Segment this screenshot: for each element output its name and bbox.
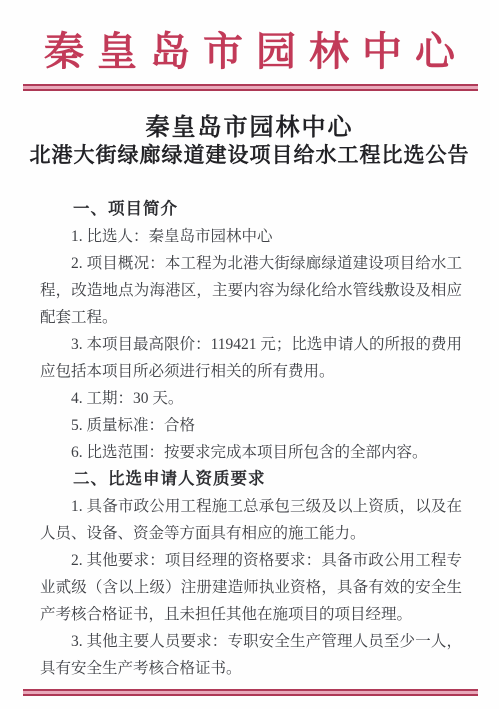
letterhead-divider-rule <box>23 84 478 91</box>
section-2-heading: 二、比选申请人资质要求 <box>40 466 462 493</box>
para-bidder: 1. 比选人：秦皇岛市园林中心 <box>40 223 462 250</box>
document-title-project: 北港大街绿廊绿道建设项目给水工程比选公告 <box>0 139 499 169</box>
letterhead-org-name: 秦皇岛市园林中心 <box>0 26 499 78</box>
section-1-heading: 一、项目简介 <box>40 196 462 223</box>
footer-divider-rule <box>23 689 478 696</box>
para-price-cap: 3. 本项目最高限价：119421 元；比选申请人的所报的费用应包括本项目所必须… <box>40 331 462 385</box>
para-selection-scope: 6. 比选范围：按要求完成本项目所包含的全部内容。 <box>40 439 462 466</box>
para-project-overview: 2. 项目概况：本工程为北港大街绿廊绿道建设项目给水工程，改造地点为海港区，主要… <box>40 250 462 331</box>
document-body: 一、项目简介 1. 比选人：秦皇岛市园林中心 2. 项目概况：本工程为北港大街绿… <box>40 196 462 682</box>
para-duration: 4. 工期：30 天。 <box>40 385 462 412</box>
para-qualification-requirement: 1. 具备市政公用工程施工总承包三级及以上资质，以及在人员、设备、资金等方面具有… <box>40 493 462 547</box>
document-title-org: 秦皇岛市园林中心 <box>0 107 499 142</box>
document-page: 秦皇岛市园林中心 秦皇岛市园林中心 北港大街绿廊绿道建设项目给水工程比选公告 一… <box>0 0 499 709</box>
para-quality-standard: 5. 质量标准：合格 <box>40 412 462 439</box>
para-other-requirements: 2. 其他要求：项目经理的资格要求：具备市政公用工程专业贰级（含以上级）注册建造… <box>40 547 462 628</box>
para-key-personnel-requirement: 3. 其他主要人员要求：专职安全生产管理人员至少一人，具有安全生产考核合格证书。 <box>40 628 462 682</box>
